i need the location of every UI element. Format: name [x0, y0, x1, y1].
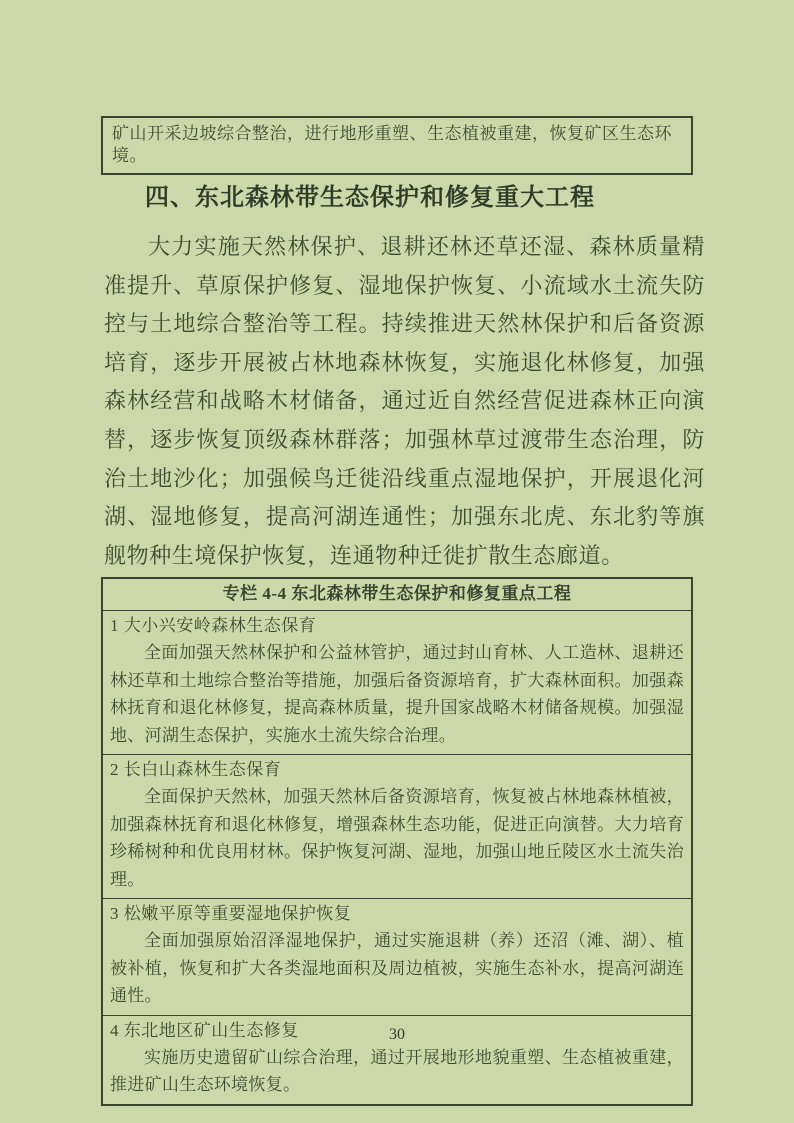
column-panel-title: 专栏 4-4 东北森林带生态保护和修复重点工程	[103, 579, 691, 611]
panel-section-3-body: 全面加强原始沼泽湿地保护，通过实施退耕（养）还沼（滩、湖）、植被补植，恢复和扩大…	[110, 927, 684, 1010]
panel-section-4-body: 实施历史遗留矿山综合治理，通过开展地形地貌重塑、生态植被重建，推进矿山生态环境恢…	[110, 1044, 684, 1099]
panel-section-1-body: 全面加强天然林保护和公益林管护，通过封山育林、人工造林、退耕还林还草和土地综合整…	[110, 639, 684, 749]
panel-section-2-body: 全面保护天然林，加强天然林后备资源培育，恢复被占林地森林植被，加强森林抚育和退化…	[110, 783, 684, 893]
carryover-note-box: 矿山开采边坡综合整治，进行地形重塑、生态植被重建，恢复矿区生态环境。	[101, 116, 693, 175]
body-paragraph: 大力实施天然林保护、退耕还林还草还湿、森林质量精准提升、草原保护修复、湿地保护恢…	[104, 228, 705, 575]
panel-section-2-heading: 2 长白山森林生态保育	[110, 757, 684, 783]
panel-section-1-heading: 1 大小兴安岭森林生态保育	[110, 613, 684, 639]
panel-section-3-heading: 3 松嫩平原等重要湿地保护恢复	[110, 901, 684, 927]
document-page: 矿山开采边坡综合整治，进行地形重塑、生态植被重建，恢复矿区生态环境。 四、东北森…	[0, 0, 794, 1123]
page-number: 30	[0, 1026, 794, 1044]
carryover-note-text: 矿山开采边坡综合整治，进行地形重塑、生态植被重建，恢复矿区生态环境。	[112, 124, 672, 165]
panel-section-2: 2 长白山森林生态保育 全面保护天然林，加强天然林后备资源培育，恢复被占林地森林…	[103, 755, 691, 899]
section-heading: 四、东北森林带生态保护和修复重大工程	[145, 181, 745, 215]
panel-section-3: 3 松嫩平原等重要湿地保护恢复 全面加强原始沼泽湿地保护，通过实施退耕（养）还沼…	[103, 899, 691, 1016]
panel-section-1: 1 大小兴安岭森林生态保育 全面加强天然林保护和公益林管护，通过封山育林、人工造…	[103, 611, 691, 755]
